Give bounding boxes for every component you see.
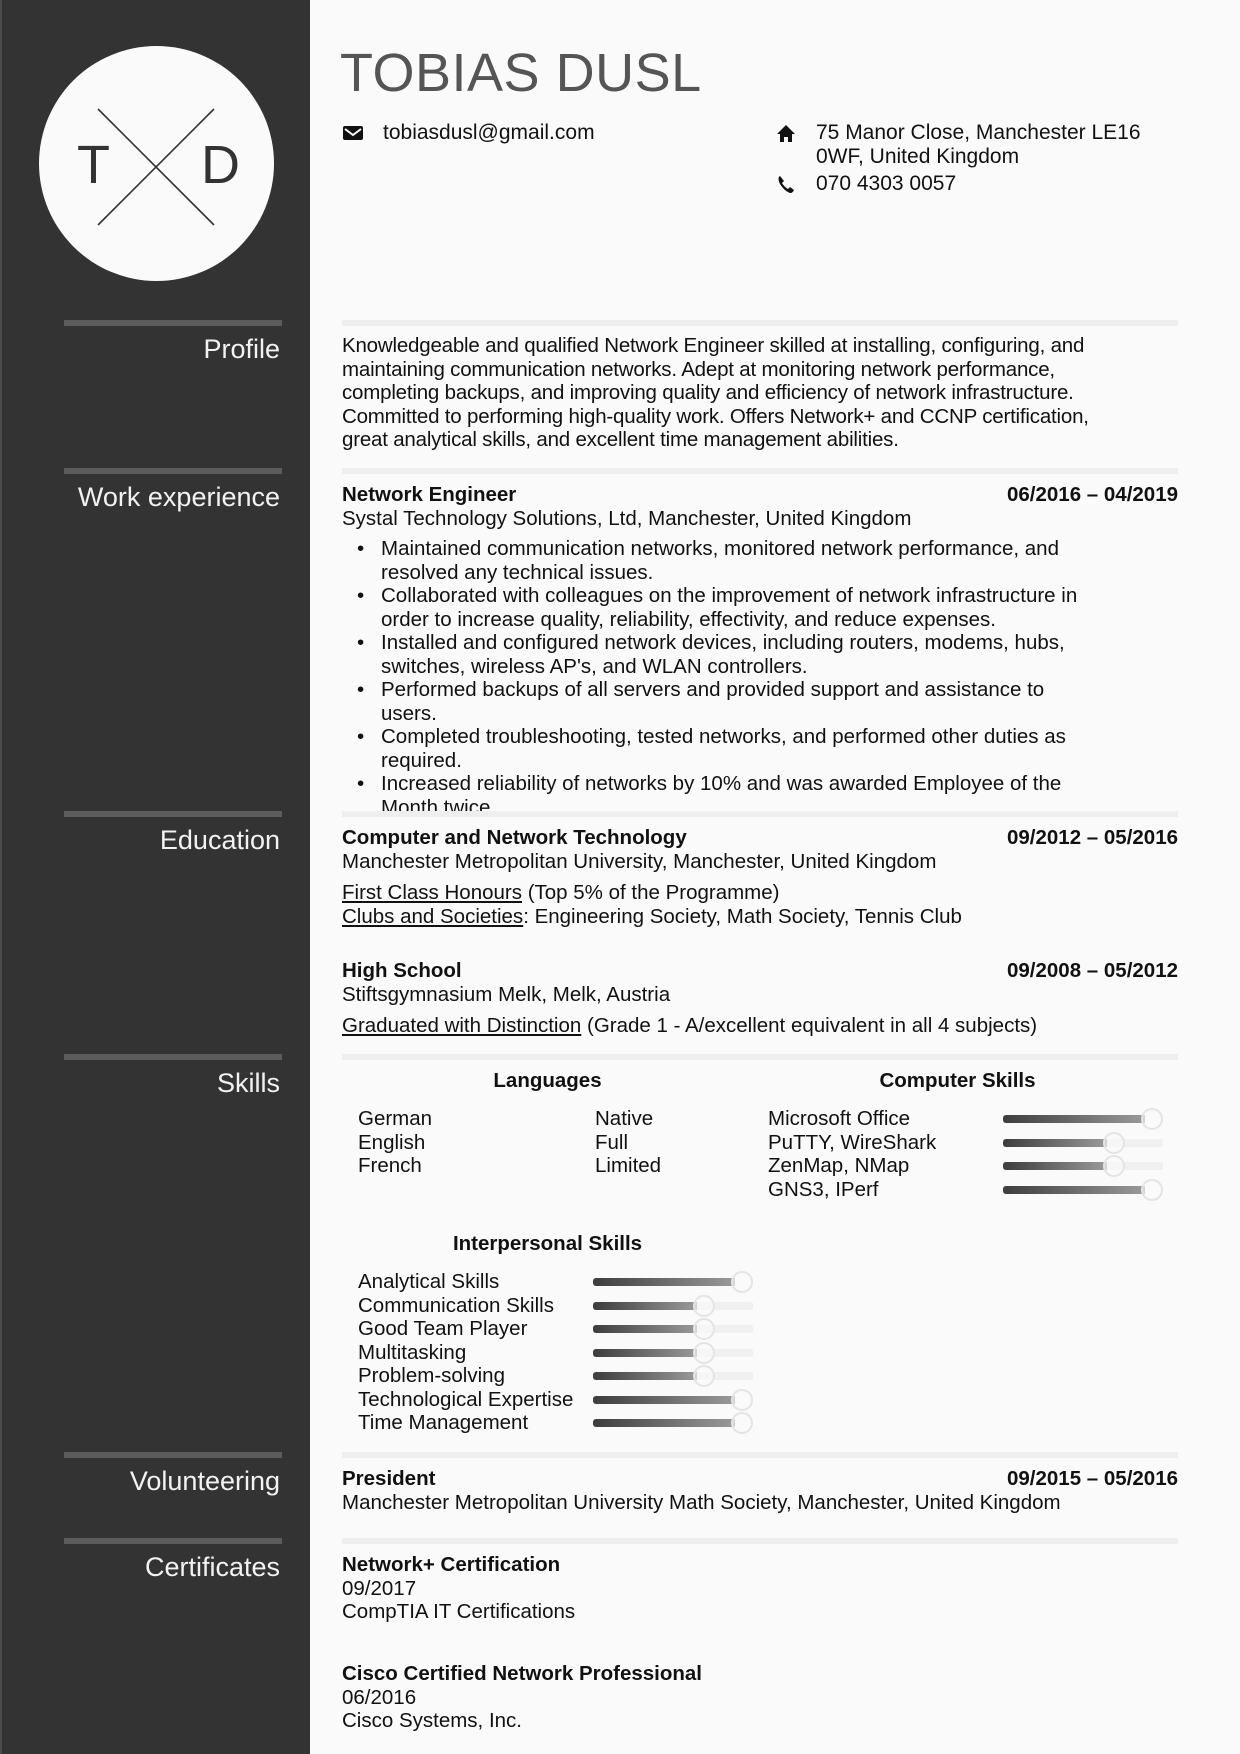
skill-bar-knob [1141,1108,1163,1130]
certificate-issuer: CompTIA IT Certifications [342,1600,1178,1624]
section-rule [342,811,1178,817]
interpersonal-skill-name: Multitasking [358,1341,466,1365]
skill-bar-fill [593,1396,735,1404]
degree-title: Computer and Network Technology [342,826,687,850]
candidate-name: TOBIAS DUSL [340,42,702,104]
skill-bar-knob [731,1389,753,1411]
envelope-icon [342,123,364,143]
skill-bar-knob [693,1295,715,1317]
skill-bar-fill [593,1419,735,1427]
computer-skill-name: Microsoft Office [768,1107,910,1131]
language-name: German [358,1107,432,1131]
monogram-avatar: T D [39,46,274,281]
sidebar-rule [64,811,282,817]
skill-bar-fill [593,1349,697,1357]
computer-skill-name: PuTTY, WireShark [768,1131,936,1155]
computer-skill-name: ZenMap, NMap [768,1154,909,1178]
home-icon [775,123,797,143]
sidebar-section-volunteering: Volunteering [20,1466,280,1497]
contact-phone: 070 4303 0057 [775,172,1075,196]
sidebar-rule [64,468,282,474]
skill-bar-knob [1103,1132,1125,1154]
interpersonal-skill-name: Analytical Skills [358,1270,499,1294]
contact-address: 75 Manor Close, Manchester LE16 0WF, Uni… [775,121,1185,169]
sidebar-section-profile: Profile [20,334,280,365]
school-name: Manchester Metropolitan University, Manc… [342,850,1178,874]
language-name: French [358,1154,422,1178]
language-level: Full [595,1131,628,1155]
skill-level-bar [1003,1154,1163,1178]
skill-bar-fill [1003,1186,1145,1194]
note-label: Graduated with Distinction [342,1014,581,1037]
sidebar-rule [64,1054,282,1060]
bullet-item: Performed backups of all servers and pro… [342,678,1102,725]
job-responsibilities: Maintained communication networks, monit… [342,537,1102,819]
sidebar-rule [64,320,282,326]
skill-level-bar [593,1388,753,1412]
section-rule [342,320,1178,326]
monogram-initial-left: T [77,134,110,196]
computer-skills-heading: Computer Skills [760,1069,1155,1093]
degree-dates: 09/2008 – 05/2012 [1007,959,1178,983]
bullet-item: Maintained communication networks, monit… [342,537,1102,584]
education-note: Clubs and Societies: Engineering Society… [342,905,1178,929]
skill-level-bar [593,1364,753,1388]
skill-level-bar [1003,1107,1163,1131]
skill-level-bar [593,1341,753,1365]
interpersonal-skill-name: Communication Skills [358,1294,554,1318]
job-title: Network Engineer [342,483,516,507]
skill-bar-knob [693,1318,715,1340]
degree-dates: 09/2012 – 05/2016 [1007,826,1178,850]
certificate-entry: Network+ Certification 09/2017 CompTIA I… [342,1553,1178,1624]
skill-bar-fill [1003,1115,1145,1123]
interpersonal-skill-name: Problem-solving [358,1364,505,1388]
skill-level-bar [1003,1178,1163,1202]
contact-email: tobiasdusl@gmail.com [342,121,702,145]
volunteer-org: Manchester Metropolitan University Math … [342,1491,1178,1515]
school-name: Stiftsgymnasium Melk, Melk, Austria [342,983,1178,1007]
interpersonal-skill-name: Technological Expertise [358,1388,573,1412]
address-line-2: 0WF, United Kingdom [816,145,1019,169]
profile-line: completing backups, and improving qualit… [342,381,1182,405]
skill-level-bar [1003,1131,1163,1155]
degree-title: High School [342,959,462,983]
skill-bar-knob [1103,1155,1125,1177]
note-text: (Top 5% of the Programme) [522,881,780,904]
skill-bar-fill [593,1372,697,1380]
skill-bar-fill [593,1278,735,1286]
job-dates: 06/2016 – 04/2019 [1007,483,1178,507]
bullet-item: Collaborated with colleagues on the impr… [342,584,1102,631]
bullet-item: Installed and configured network devices… [342,631,1102,678]
education-note: First Class Honours (Top 5% of the Progr… [342,881,1178,905]
languages-heading: Languages [360,1069,735,1093]
skill-bar-knob [693,1365,715,1387]
skill-bar-fill [593,1302,697,1310]
certificate-title: Cisco Certified Network Professional [342,1662,1178,1686]
skill-bar-fill [1003,1139,1107,1147]
interpersonal-skills-heading: Interpersonal Skills [360,1232,735,1256]
skill-level-bar [593,1270,753,1294]
sidebar-section-certificates: Certificates [20,1552,280,1583]
sidebar-section-work-experience: Work experience [20,482,280,513]
language-name: English [358,1131,425,1155]
profile-summary: Knowledgeable and qualified Network Engi… [342,334,1182,452]
section-rule [342,1452,1178,1458]
job-employer: Systal Technology Solutions, Ltd, Manche… [342,507,1178,531]
note-label: Clubs and Societies [342,905,523,928]
address-line-1: 75 Manor Close, Manchester LE16 [816,121,1141,145]
section-rule [342,1054,1178,1060]
sidebar-rule [64,1538,282,1544]
volunteering-entry: President 09/2015 – 05/2016 Manchester M… [342,1467,1178,1514]
phone-icon [775,174,797,194]
note-text: : Engineering Society, Math Society, Ten… [523,905,962,928]
certificate-issuer: Cisco Systems, Inc. [342,1709,1178,1733]
skill-bar-knob [731,1271,753,1293]
language-level: Limited [595,1154,661,1178]
language-level: Native [595,1107,653,1131]
skill-bar-knob [1141,1179,1163,1201]
skill-level-bar [593,1317,753,1341]
sidebar-rule [64,1452,282,1458]
phone-number: 070 4303 0057 [816,172,956,196]
certificate-title: Network+ Certification [342,1553,1178,1577]
email-link[interactable]: tobiasdusl@gmail.com [383,121,595,145]
skill-bar-fill [1003,1162,1107,1170]
skill-level-bar [593,1411,753,1435]
work-entry: Network Engineer 06/2016 – 04/2019 Systa… [342,483,1178,819]
skill-bar-fill [593,1325,697,1333]
profile-line: Knowledgeable and qualified Network Engi… [342,334,1182,358]
education-note: Graduated with Distinction (Grade 1 - A/… [342,1014,1178,1038]
bullet-item: Completed troubleshooting, tested networ… [342,725,1102,772]
certificate-date: 09/2017 [342,1577,1178,1601]
interpersonal-skill-name: Time Management [358,1411,528,1435]
education-entry: High School 09/2008 – 05/2012 Stiftsgymn… [342,959,1178,1038]
volunteer-role: President [342,1467,435,1491]
note-label: First Class Honours [342,881,522,904]
section-rule [342,1538,1178,1544]
education-entry: Computer and Network Technology 09/2012 … [342,826,1178,928]
profile-line: maintaining communication networks. Adep… [342,358,1182,382]
section-rule [342,468,1178,474]
certificate-date: 06/2016 [342,1686,1178,1710]
certificate-entry: Cisco Certified Network Professional 06/… [342,1662,1178,1733]
computer-skill-name: GNS3, IPerf [768,1178,879,1202]
profile-line: Committed to performing high-quality wor… [342,405,1182,429]
skill-bar-knob [693,1342,715,1364]
interpersonal-skill-name: Good Team Player [358,1317,527,1341]
skill-level-bar [593,1294,753,1318]
sidebar-section-skills: Skills [20,1068,280,1099]
sidebar-section-education: Education [20,825,280,856]
note-text: (Grade 1 - A/excellent equivalent in all… [581,1014,1037,1037]
skill-bar-knob [731,1412,753,1434]
volunteer-dates: 09/2015 – 05/2016 [1007,1467,1178,1491]
profile-line: great analytical skills, and excellent t… [342,428,1182,452]
sidebar: T D Profile Work experience Education Sk… [0,0,310,1754]
monogram-initial-right: D [201,134,240,196]
